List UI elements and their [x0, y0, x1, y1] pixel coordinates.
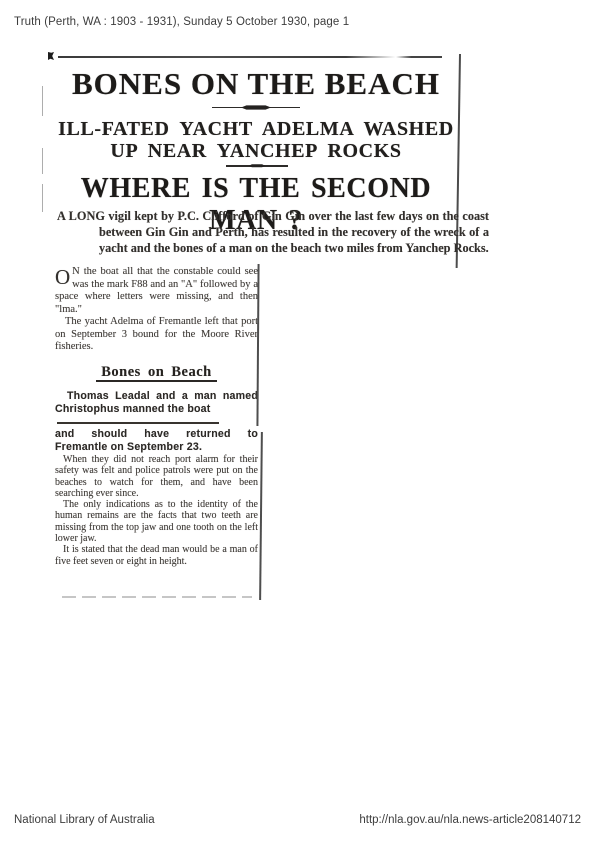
clipping-edge-tick [42, 184, 43, 212]
citation-line: Truth (Perth, WA : 1903 - 1931), Sunday … [14, 16, 349, 28]
clipping-edge-tick [42, 86, 43, 116]
column-divider-rule [259, 432, 262, 600]
crosshead: Bones on Beach [96, 366, 217, 383]
column-divider-rule [256, 264, 259, 426]
divider-line [261, 165, 288, 167]
sub-headline: ILL-FATED YACHT ADELMA WASHED UP NEAR YA… [58, 118, 454, 162]
article-body-column: ON the boat all that the constable could… [55, 266, 258, 567]
scan-smudge-artifact [62, 596, 252, 598]
article-url: http://nla.gov.au/nla.news-article208140… [359, 814, 581, 826]
bold-paragraph: Thomas Leadal and a man named Christophu… [55, 390, 258, 416]
clipping-top-rule [58, 56, 442, 58]
body-paragraph: The only indications as to the identity … [55, 499, 258, 544]
body-paragraph: When they did not reach port alarm for t… [55, 454, 258, 499]
column-inner-rule [57, 422, 219, 424]
headline-divider [212, 105, 300, 110]
body-paragraph-text: N the boat all that the constable could … [55, 266, 258, 315]
subheadline-divider [226, 164, 288, 168]
drop-cap: O [55, 266, 72, 288]
main-headline: BONES ON THE BEACH [60, 66, 452, 102]
library-attribution: National Library of Australia [14, 814, 155, 826]
lead-paragraph: A LONG vigil kept by P.C. Clifford of Gi… [57, 209, 489, 256]
scan-artifact-mark [48, 52, 54, 60]
body-paragraph: It is stated that the dead man would be … [55, 544, 258, 567]
body-paragraph: ON the boat all that the constable could… [55, 266, 258, 316]
sub-headline-line2: UP NEAR YANCHEP ROCKS [110, 140, 401, 162]
divider-line [212, 107, 245, 109]
body-paragraph: The yacht Adelma of Fremantle left that … [55, 316, 258, 354]
sub-headline-line1: ILL-FATED YACHT ADELMA WASHED [58, 118, 454, 140]
diamond-ornament-icon [241, 105, 271, 110]
divider-line [267, 107, 300, 109]
bold-paragraph: and should have returned to Fremantle on… [55, 428, 258, 454]
scanned-newspaper-page: Truth (Perth, WA : 1903 - 1931), Sunday … [0, 0, 595, 842]
clipping-edge-tick [42, 148, 43, 174]
crosshead-container: Bones on Beach [55, 366, 258, 383]
divider-line [226, 165, 253, 167]
